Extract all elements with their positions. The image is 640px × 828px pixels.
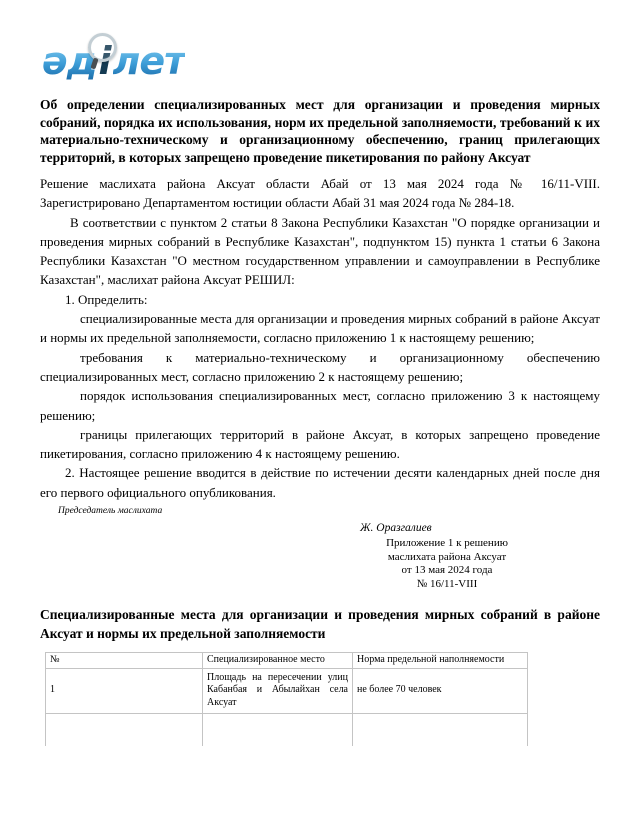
table-header-capacity: Норма предельной наполняемости xyxy=(353,653,528,669)
table-cell-capacity: не более 70 человек xyxy=(353,668,528,713)
table-cell-empty xyxy=(203,713,353,746)
table-row: 1 Площадь на пересечении улиц Кабанбая и… xyxy=(46,668,528,713)
specialized-places-table: № Специализированное место Норма предель… xyxy=(45,652,528,746)
logo-text-right: лет xyxy=(113,39,186,83)
appendix-line-4: № 16/11-VIII xyxy=(322,578,572,592)
table-cell-empty xyxy=(353,713,528,746)
table-header-number: № xyxy=(46,653,203,669)
signer-position: Председатель маслихата xyxy=(58,505,600,517)
document-page: әділет Об определении специализированных… xyxy=(0,0,640,828)
decision-subitem-3: порядок использования специализированных… xyxy=(40,386,600,425)
table-header-row: № Специализированное место Норма предель… xyxy=(46,653,528,669)
table-cell-number: 1 xyxy=(46,668,203,713)
decision-subitem-4: границы прилегающих территорий в районе … xyxy=(40,425,600,464)
document-content: әділет Об определении специализированных… xyxy=(0,0,640,746)
decision-item-1: 1. Определить: xyxy=(40,290,600,309)
appendix-line-3: от 13 мая 2024 года xyxy=(322,564,572,578)
signer-name: Ж. Оразгалиев xyxy=(360,521,600,535)
table-cell-place: Площадь на пересечении улиц Кабанбая и А… xyxy=(203,668,353,713)
preamble-paragraph: В соответствии с пунктом 2 статьи 8 Зако… xyxy=(40,213,600,290)
decision-subitem-2: требования к материально-техническому и … xyxy=(40,348,600,387)
adilet-logo[interactable]: әділет xyxy=(42,38,185,84)
appendix-line-2: маслихата района Аксуат xyxy=(322,551,572,565)
decision-subitem-1: специализированные места для организации… xyxy=(40,309,600,348)
appendix-reference: Приложение 1 к решению маслихата района … xyxy=(322,537,572,591)
document-title: Об определении специализированных мест д… xyxy=(40,96,600,166)
table-header-place: Специализированное место xyxy=(203,653,353,669)
table-cell-empty xyxy=(46,713,203,746)
logo-magnified-letter: і xyxy=(96,38,112,84)
registration-paragraph: Решение маслихата района Аксуат области … xyxy=(40,174,600,213)
table-row-empty xyxy=(46,713,528,746)
appendix-line-1: Приложение 1 к решению xyxy=(322,537,572,551)
appendix-section-title: Специализированные места для организации… xyxy=(40,605,600,643)
decision-item-2: 2. Настоящее решение вводится в действие… xyxy=(40,463,600,502)
